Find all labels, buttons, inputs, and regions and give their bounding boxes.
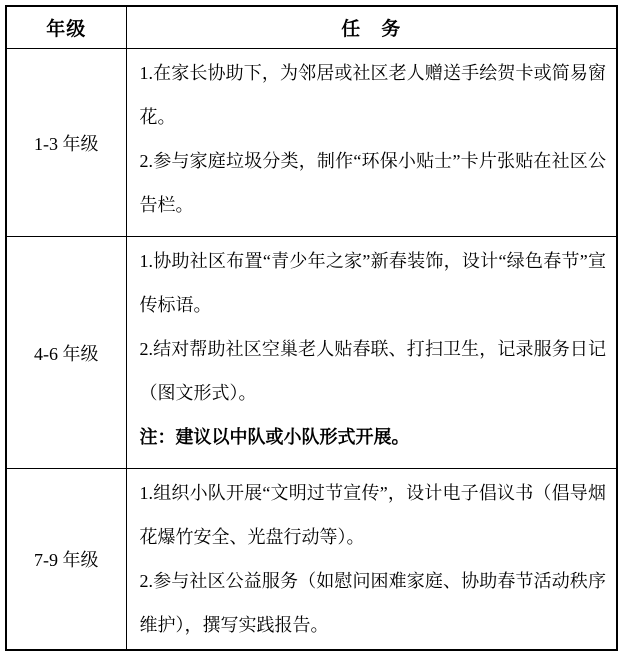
table-row: 1-3 年级 1.在家长协助下，为邻居或社区老人赠送手绘贺卡或简易窗花。 2.参… bbox=[6, 49, 617, 237]
header-task: 任 务 bbox=[126, 6, 617, 49]
task-note: 注：建议以中队或小队形式开展。 bbox=[140, 415, 607, 459]
table-row: 4-6 年级 1.协助社区布置“青少年之家”新春装饰，设计“绿色春节”宣传标语。… bbox=[6, 237, 617, 469]
header-grade: 年级 bbox=[6, 6, 126, 49]
grade-task-table: 年级 任 务 1-3 年级 1.在家长协助下，为邻居或社区老人赠送手绘贺卡或简易… bbox=[5, 5, 618, 651]
task-item: 2.参与家庭垃圾分类，制作“环保小贴士”卡片张贴在社区公告栏。 bbox=[140, 139, 607, 227]
task-item: 2.参与社区公益服务（如慰问困难家庭、协助春节活动秩序维护），撰写实践报告。 bbox=[140, 559, 607, 647]
grade-cell: 4-6 年级 bbox=[6, 237, 126, 469]
task-cell: 1.组织小队开展“文明过节宣传”，设计电子倡议书（倡导烟花爆竹安全、光盘行动等）… bbox=[126, 469, 617, 651]
table-row: 7-9 年级 1.组织小队开展“文明过节宣传”，设计电子倡议书（倡导烟花爆竹安全… bbox=[6, 469, 617, 651]
task-item: 1.组织小队开展“文明过节宣传”，设计电子倡议书（倡导烟花爆竹安全、光盘行动等）… bbox=[140, 471, 607, 559]
task-item: 1.协助社区布置“青少年之家”新春装饰，设计“绿色春节”宣传标语。 bbox=[140, 239, 607, 327]
header-row: 年级 任 务 bbox=[6, 6, 617, 49]
grade-cell: 7-9 年级 bbox=[6, 469, 126, 651]
task-item: 2.结对帮助社区空巢老人贴春联、打扫卫生，记录服务日记（图文形式）。 bbox=[140, 327, 607, 415]
task-item: 1.在家长协助下，为邻居或社区老人赠送手绘贺卡或简易窗花。 bbox=[140, 51, 607, 139]
task-cell: 1.协助社区布置“青少年之家”新春装饰，设计“绿色春节”宣传标语。 2.结对帮助… bbox=[126, 237, 617, 469]
task-cell: 1.在家长协助下，为邻居或社区老人赠送手绘贺卡或简易窗花。 2.参与家庭垃圾分类… bbox=[126, 49, 617, 237]
grade-cell: 1-3 年级 bbox=[6, 49, 126, 237]
